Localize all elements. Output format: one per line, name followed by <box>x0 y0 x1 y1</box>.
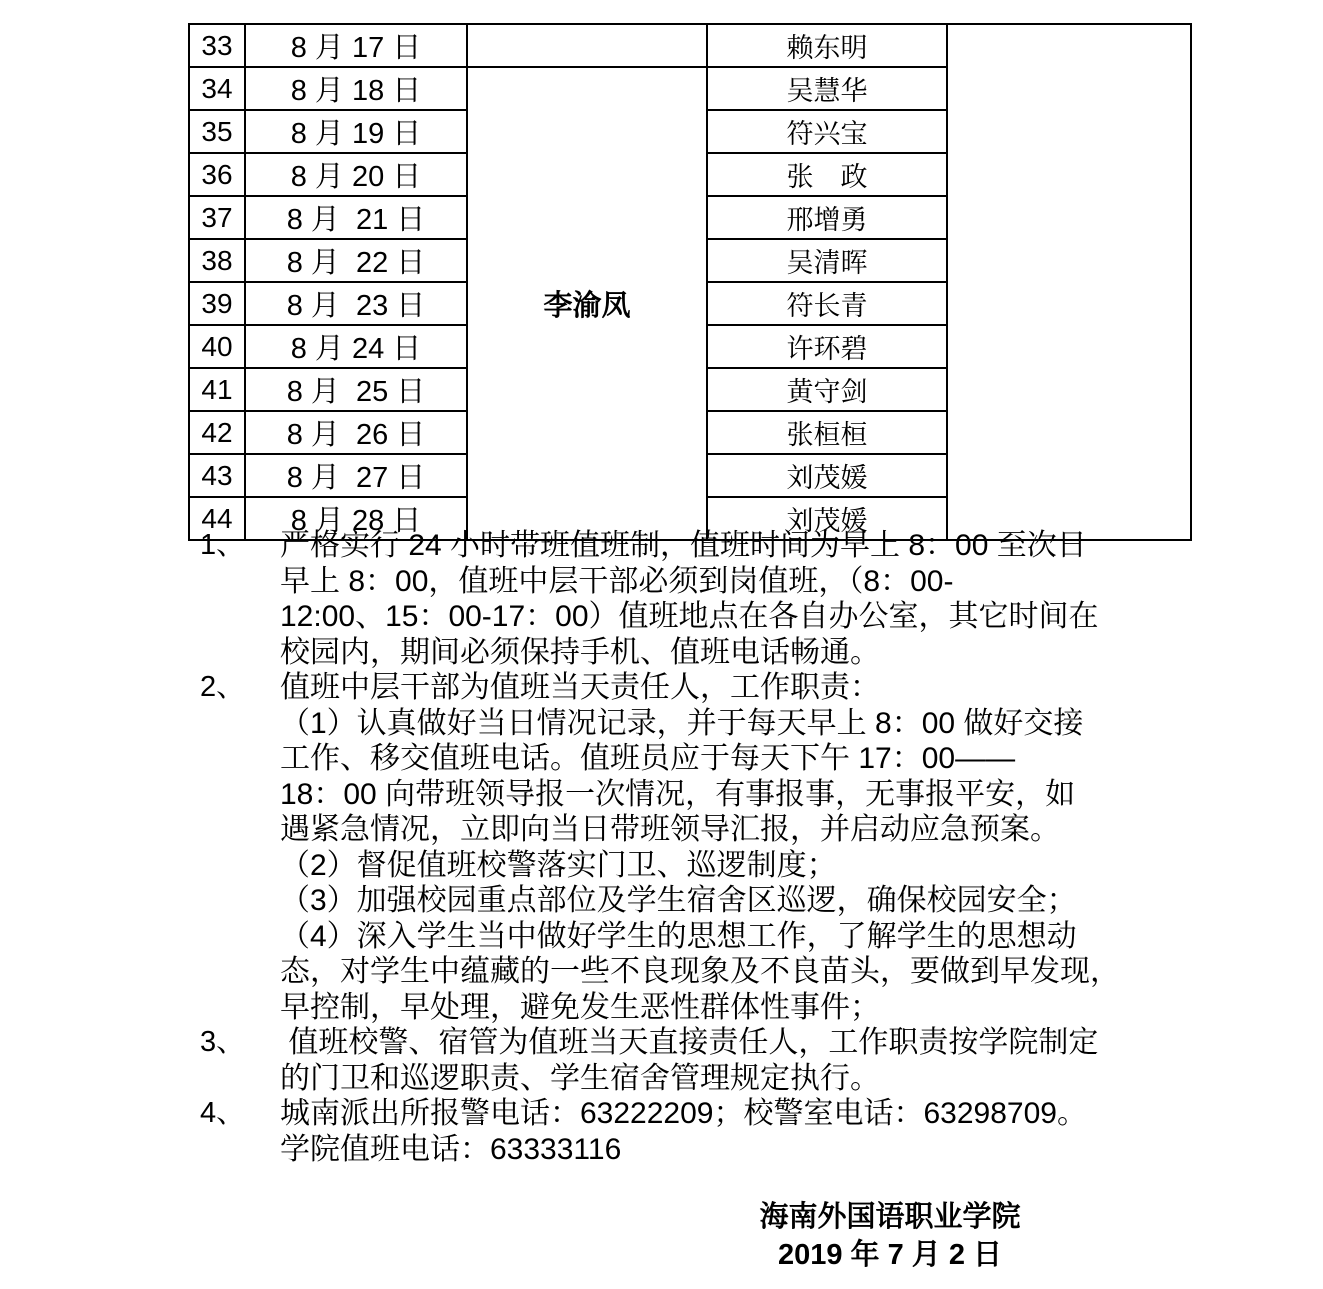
note-line: （4）深入学生当中做好学生的思想工作，了解学生的思想动 <box>280 919 1160 955</box>
name-cell: 黄守剑 <box>707 368 947 411</box>
note-item-2: 2、 值班中层干部为值班当天责任人，工作职责： （1）认真做好当日情况记录，并于… <box>200 670 1160 1025</box>
note-line: （2）督促值班校警落实门卫、巡逻制度； <box>280 848 1160 884</box>
row-number-cell: 41 <box>189 368 245 411</box>
date-cell: 8 月 27 日 <box>245 454 467 497</box>
name-cell: 刘茂媛 <box>707 454 947 497</box>
date-cell: 8 月 17 日 <box>245 24 467 67</box>
row-number-cell: 38 <box>189 239 245 282</box>
remark-column-cell <box>947 24 1191 540</box>
date-cell: 8 月 23 日 <box>245 282 467 325</box>
note-line: 的门卫和巡逻职责、学生宿舍管理规定执行。 <box>280 1061 1160 1097</box>
table-row: 33 8 月 17 日 赖东明 <box>189 24 1191 67</box>
name-cell: 吴慧华 <box>707 67 947 110</box>
date-cell: 8 月 25 日 <box>245 368 467 411</box>
name-cell: 许环碧 <box>707 325 947 368</box>
note-line: 工作、移交值班电话。值班员应于每天下午 17：00—— <box>280 741 1160 777</box>
note-line: 早控制，早处理，避免发生恶性群体性事件； <box>280 990 1160 1026</box>
date-cell: 8 月 26 日 <box>245 411 467 454</box>
date-cell: 8 月 24 日 <box>245 325 467 368</box>
note-line: （3）加强校园重点部位及学生宿舍区巡逻，确保校园安全； <box>280 883 1160 919</box>
duty-leader-cell: 李渝凤 <box>467 67 707 540</box>
name-cell: 赖东明 <box>707 24 947 67</box>
row-number-cell: 42 <box>189 411 245 454</box>
row-number-cell: 36 <box>189 153 245 196</box>
signature-block: 海南外国语职业学院 2019 年 7 月 2 日 <box>640 1198 1140 1274</box>
note-item-4: 4、 城南派出所报警电话：63222209；校警室电话：63298709。 学院… <box>200 1096 1160 1167</box>
note-line: 严格实行 24 小时带班值班制，值班时间为早上 8：00 至次日 <box>280 528 1160 564</box>
note-number: 2、 <box>200 670 245 706</box>
duty-schedule-table: 33 8 月 17 日 赖东明 34 8 月 18 日 李渝凤 吴慧华 35 8… <box>188 23 1192 541</box>
note-number: 3、 <box>200 1025 245 1061</box>
note-line: 18：00 向带班领导报一次情况，有事报事，无事报平安，如 <box>280 777 1160 813</box>
note-line: 12:00、15：00-17：00）值班地点在各自办公室，其它时间在 <box>280 599 1160 635</box>
date-cell: 8 月 20 日 <box>245 153 467 196</box>
note-line: （1）认真做好当日情况记录，并于每天早上 8：00 做好交接 <box>280 706 1160 742</box>
footer-date: 2019 年 7 月 2 日 <box>640 1236 1140 1274</box>
note-line: 校园内，期间必须保持手机、值班电话畅通。 <box>280 635 1160 671</box>
note-line: 态，对学生中蕴藏的一些不良现象及不良苗头，要做到早发现， <box>280 954 1160 990</box>
row-number-cell: 34 <box>189 67 245 110</box>
note-item-1: 1、 严格实行 24 小时带班值班制，值班时间为早上 8：00 至次日 早上 8… <box>200 528 1160 670</box>
row-number-cell: 43 <box>189 454 245 497</box>
note-line: 学院值班电话：63333116 <box>280 1132 1160 1168</box>
note-line: 遇紧急情况，立即向当日带班领导汇报，并启动应急预案。 <box>280 812 1160 848</box>
note-number: 4、 <box>200 1096 245 1132</box>
note-line: 早上 8：00，值班中层干部必须到岗值班，（8：00- <box>280 564 1160 600</box>
date-cell: 8 月 22 日 <box>245 239 467 282</box>
name-cell: 符长青 <box>707 282 947 325</box>
row-number-cell: 40 <box>189 325 245 368</box>
date-cell: 8 月 18 日 <box>245 67 467 110</box>
note-number: 1、 <box>200 528 245 564</box>
date-cell: 8 月 19 日 <box>245 110 467 153</box>
name-cell: 吴清晖 <box>707 239 947 282</box>
note-line: 值班校警、宿管为值班当天直接责任人，工作职责按学院制定 <box>280 1025 1160 1061</box>
footer-org: 海南外国语职业学院 <box>640 1198 1140 1236</box>
date-cell: 8 月 21 日 <box>245 196 467 239</box>
name-cell: 符兴宝 <box>707 110 947 153</box>
duty-rules-list: 1、 严格实行 24 小时带班值班制，值班时间为早上 8：00 至次日 早上 8… <box>200 528 1160 1167</box>
name-cell: 邢增勇 <box>707 196 947 239</box>
note-line: 值班中层干部为值班当天责任人，工作职责： <box>280 670 1160 706</box>
duty-leader-cell-row33 <box>467 24 707 67</box>
row-number-cell: 37 <box>189 196 245 239</box>
note-line: 城南派出所报警电话：63222209；校警室电话：63298709。 <box>280 1096 1160 1132</box>
row-number-cell: 35 <box>189 110 245 153</box>
row-number-cell: 39 <box>189 282 245 325</box>
duty-roster-document: 33 8 月 17 日 赖东明 34 8 月 18 日 李渝凤 吴慧华 35 8… <box>0 0 1323 1289</box>
name-cell: 张桓桓 <box>707 411 947 454</box>
row-number-cell: 33 <box>189 24 245 67</box>
note-item-3: 3、 值班校警、宿管为值班当天直接责任人，工作职责按学院制定 的门卫和巡逻职责、… <box>200 1025 1160 1096</box>
name-cell: 张 政 <box>707 153 947 196</box>
